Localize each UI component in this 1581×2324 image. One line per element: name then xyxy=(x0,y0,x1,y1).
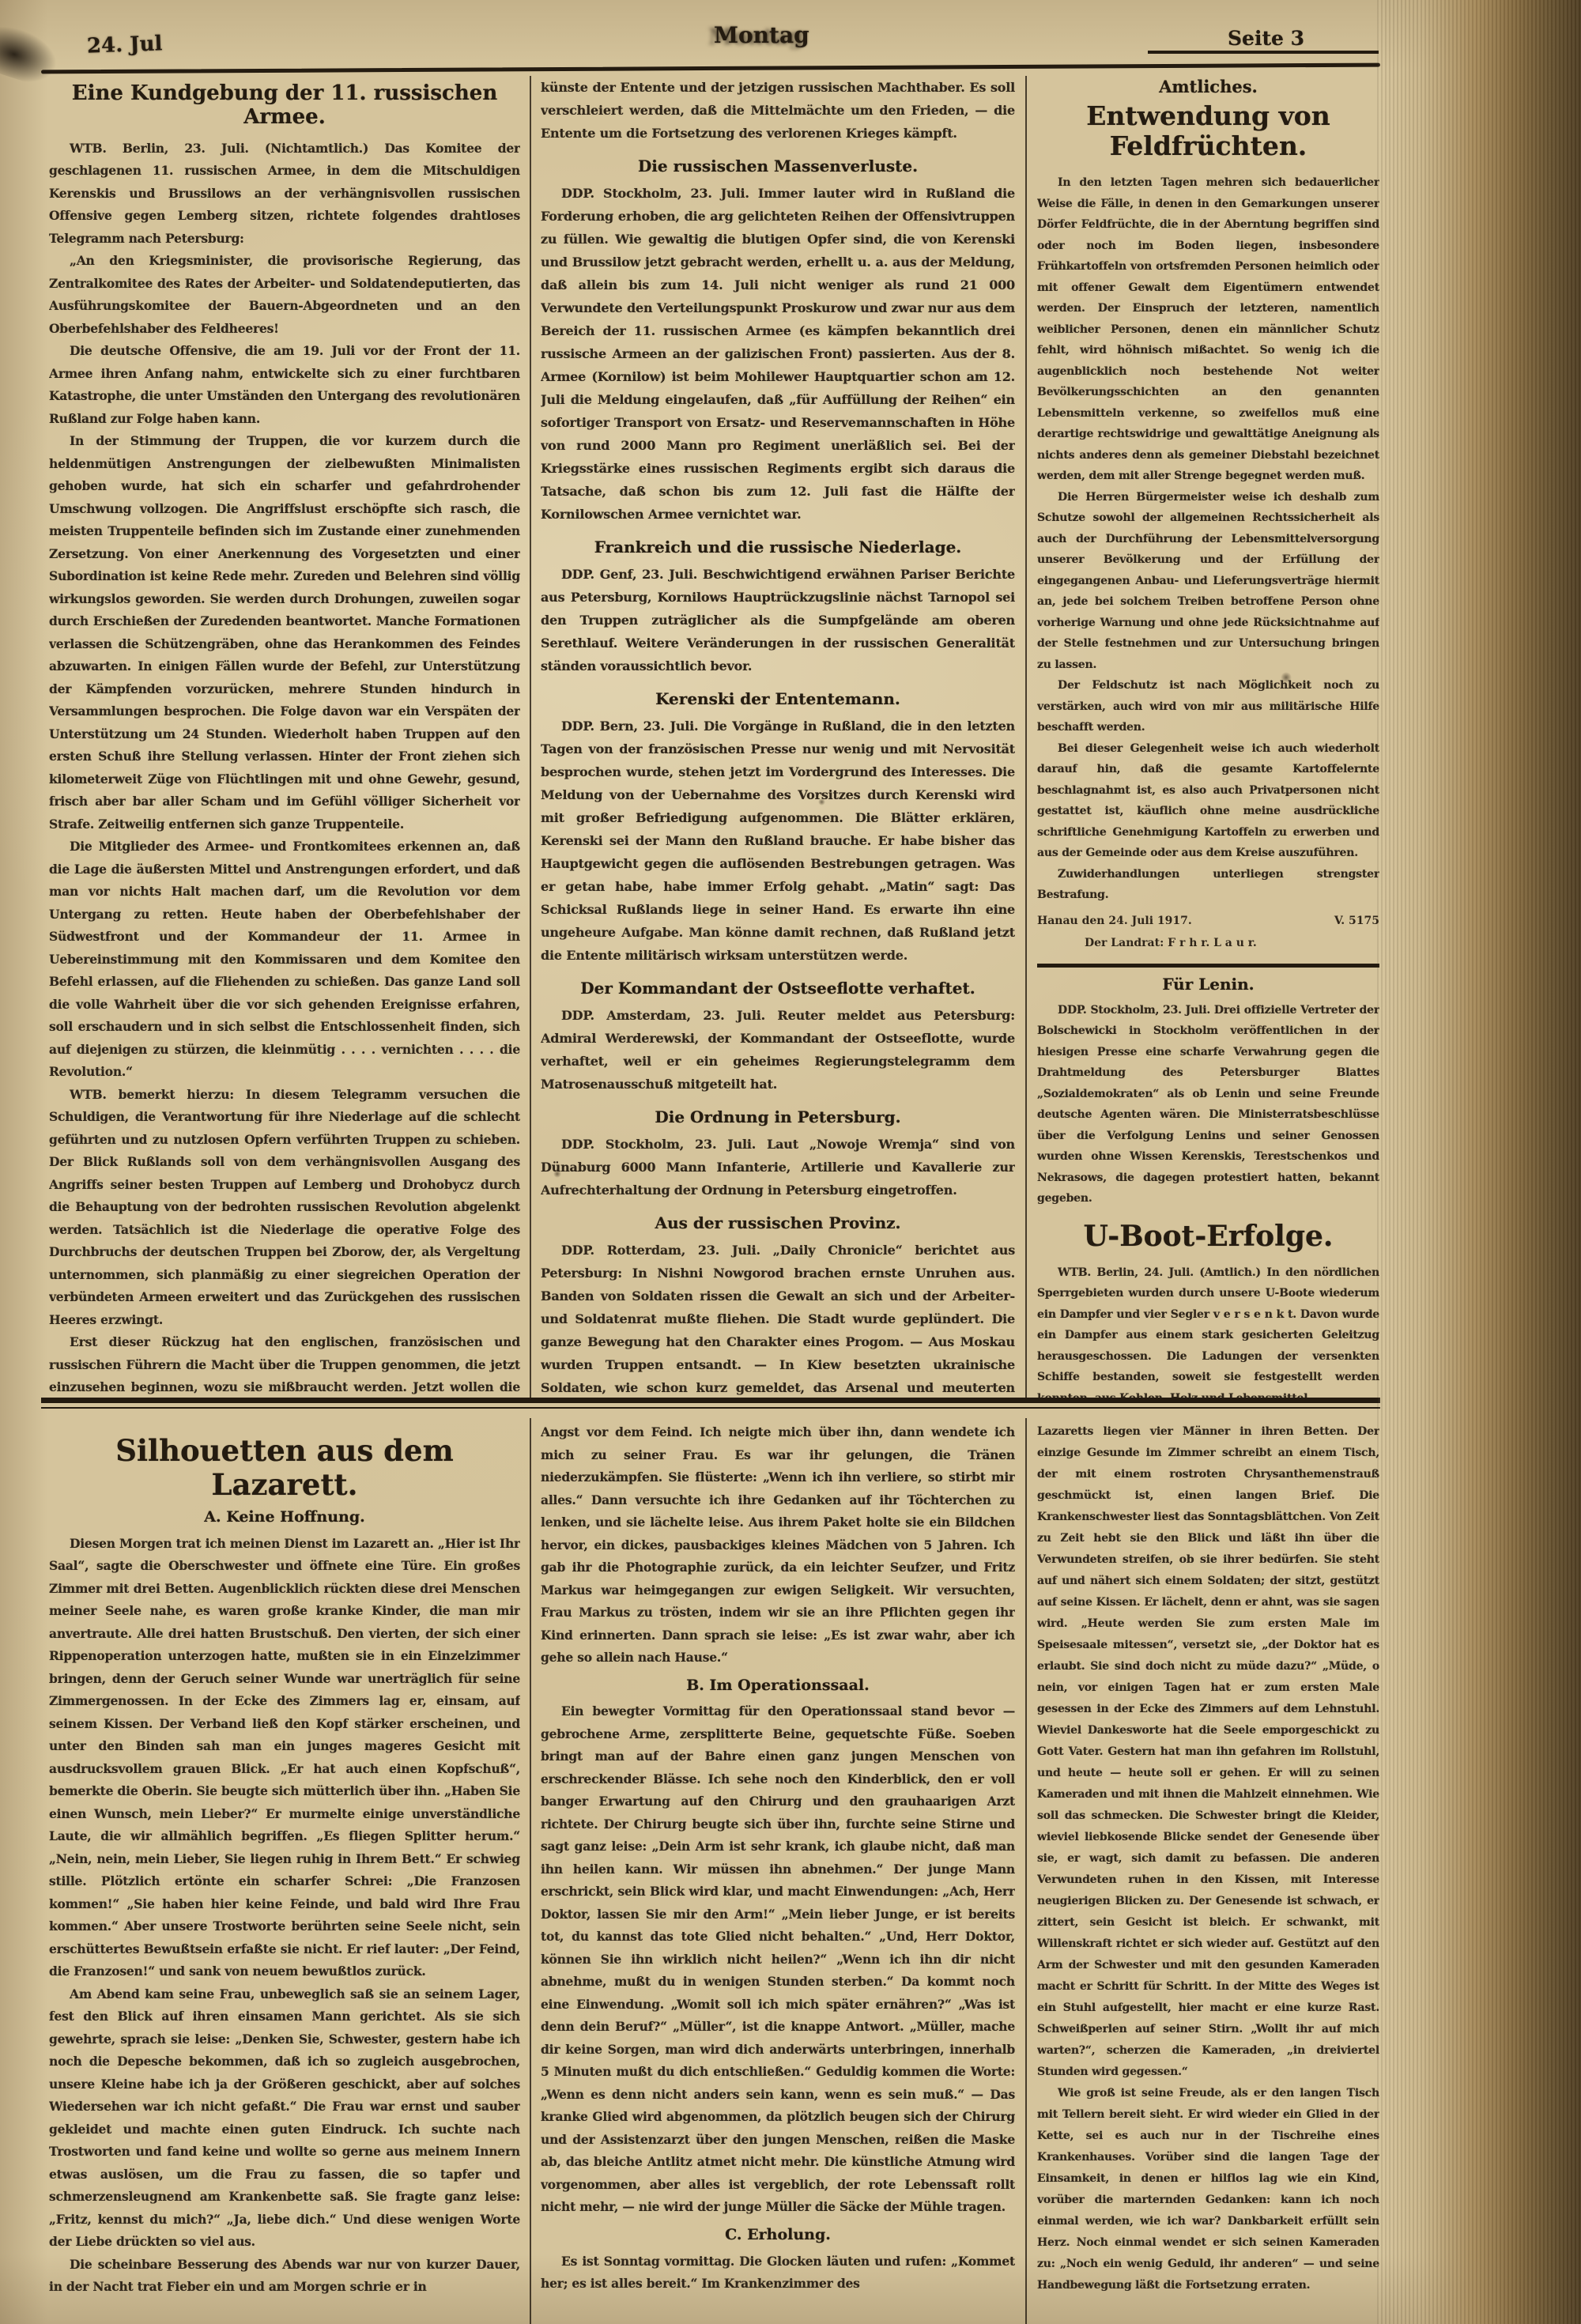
paragraph: Wie groß ist seine Freude, als er den la… xyxy=(1037,2083,1379,2296)
paragraph: DDP. Rotterdam, 23. Juli.„Daily Chronicl… xyxy=(541,1239,1015,1398)
dateline: WTB. Berlin, 23. Juli. xyxy=(70,141,265,156)
paragraph: „An den Kriegsminister, die provisorisch… xyxy=(49,250,520,340)
article-divider-rule xyxy=(1037,964,1379,968)
paragraph: In den letzten Tagen mehren sich bedauer… xyxy=(1037,172,1379,487)
column-right: Amtliches. Entwendung von Feldfrüchten. … xyxy=(1037,76,1379,1398)
feuilleton-column-left: Silhouetten aus dem Lazarett. A. Keine H… xyxy=(49,1423,520,2324)
feuilleton-part-heading: A. Keine Hoffnung. xyxy=(49,1509,520,1526)
signature: Der Landrat: F r h r. L a u r. xyxy=(1037,933,1379,954)
column-middle: künste der Entente und der jetzigen russ… xyxy=(541,76,1015,1398)
column-divider xyxy=(1025,76,1027,1398)
place-date: Hanau den 24. Juli 1917. xyxy=(1037,911,1192,932)
dateline: DDP. Bern, 23. Juli. xyxy=(561,719,704,734)
dateline: DDP. Stockholm, 23. Juli. xyxy=(1058,1004,1214,1017)
column-divider xyxy=(530,76,531,1398)
paragraph: Bei dieser Gelegenheit weise ich auch wi… xyxy=(1037,738,1379,864)
paragraph: Erst dieser Rückzug hat den englischen, … xyxy=(49,1331,520,1398)
column-left: Eine Kundgebung der 11. russischen Armee… xyxy=(49,79,520,1398)
paragraph-continuation: Angst vor dem Feind. Ich neigte mich übe… xyxy=(541,1421,1015,1669)
signature-row: Hanau den 24. Juli 1917. V. 5175 xyxy=(1037,911,1379,932)
feuilleton-part-heading: C. Erholung. xyxy=(541,2227,1015,2244)
page-number: Seite 3 xyxy=(1228,27,1304,50)
paragraph: Die scheinbare Besserung des Abends war … xyxy=(49,2254,520,2299)
article-headline: Kerenski der Ententemann. xyxy=(541,690,1015,708)
paragraph: DDP. Genf, 23. Juli.Beschwichtigend erwä… xyxy=(541,563,1015,677)
section-divider-rule xyxy=(41,1398,1380,1409)
edition-date: 24. Jul xyxy=(87,32,163,58)
paragraph: Diesen Morgen trat ich meinen Dienst im … xyxy=(49,1533,520,1983)
paragraph: In der Stimmung der Truppen, die vor kur… xyxy=(49,430,520,836)
dateline: DDP. Genf, 23. Juli. xyxy=(561,567,703,582)
feuilleton-part-heading: B. Im Operationssaal. xyxy=(541,1677,1015,1695)
paragraph: Es ist Sonntag vormittag. Die Glocken lä… xyxy=(541,2250,1015,2296)
reference-number: V. 5175 xyxy=(1334,911,1379,932)
paragraph: Der Feldschutz ist nach Möglichkeit noch… xyxy=(1037,675,1379,738)
feuilleton-column-right: Lazaretts liegen vier Männer in ihren Be… xyxy=(1037,1421,1379,2324)
weekday-label: Montag xyxy=(714,22,809,48)
paragraph: DDP. Stockholm, 23. Juli.Drei offizielle… xyxy=(1037,1000,1379,1209)
paragraph: DDP. Amsterdam, 23. Juli.Reuter meldet a… xyxy=(541,1004,1015,1096)
header-rule xyxy=(41,63,1380,74)
dateline: WTB. Berlin, 24. Juli. xyxy=(1058,1266,1199,1279)
paragraph: Die deutsche Offensive, die am 19. Juli … xyxy=(49,340,520,430)
article-headline: Entwendung von Feldfrüchten. xyxy=(1037,101,1379,161)
paragraph-continuation: Lazaretts liegen vier Männer in ihren Be… xyxy=(1037,1421,1379,2083)
article-headline: Eine Kundgebung der 11. russischen Armee… xyxy=(49,82,520,130)
paragraph: DDP. Bern, 23. Juli.Die Vorgänge in Rußl… xyxy=(541,715,1015,967)
dateline: WTB. xyxy=(70,1087,119,1102)
article-headline: Die russischen Massenverluste. xyxy=(541,157,1015,175)
paragraph: Zuwiderhandlungen unterliegen strengster… xyxy=(1037,864,1379,906)
paragraph: WTB. Berlin, 23. Juli.(Nichtamtlich.) Da… xyxy=(49,138,520,251)
column-divider xyxy=(1025,1418,1027,2324)
article-headline: Frankreich und die russische Niederlage. xyxy=(541,538,1015,556)
article-headline: Aus der russischen Provinz. xyxy=(541,1214,1015,1232)
section-label: Amtliches. xyxy=(1037,77,1379,96)
column-divider xyxy=(530,1418,531,2324)
dateline: DDP. Stockholm, 23. Juli. xyxy=(561,186,758,201)
paragraph: Die Herren Bürgermeister weise ich desha… xyxy=(1037,487,1379,676)
book-page-edge xyxy=(1377,0,1581,2324)
dateline: DDP. Stockholm, 23. Juli. xyxy=(561,1137,767,1152)
paragraph-continuation: künste der Entente und der jetzigen russ… xyxy=(541,76,1015,145)
newspaper-page: { "page_header": { "date_label": "24. Ju… xyxy=(0,0,1581,2324)
paragraph: WTB.bemerkt hierzu: In diesem Telegramm … xyxy=(49,1084,520,1332)
feuilleton-column-middle: Angst vor dem Feind. Ich neigte mich übe… xyxy=(541,1421,1015,2324)
paragraph: DDP. Stockholm, 23. Juli.Immer lauter wi… xyxy=(541,182,1015,526)
article-headline: U-Boot-Erfolge. xyxy=(1037,1220,1379,1253)
dateline: DDP. Amsterdam, 23. Juli. xyxy=(561,1008,778,1023)
paragraph: WTB. Berlin, 24. Juli.(Amtlich.) In den … xyxy=(1037,1262,1379,1398)
article-headline: Für Lenin. xyxy=(1037,975,1379,994)
feuilleton-headline: Silhouetten aus dem Lazarett. xyxy=(49,1434,520,1501)
article-headline: Der Kommandant der Ostseeflotte verhafte… xyxy=(541,979,1015,998)
dateline: DDP. Rotterdam, 23. Juli. xyxy=(561,1243,773,1258)
article-headline: Die Ordnung in Petersburg. xyxy=(541,1108,1015,1126)
paragraph: Ein bewegter Vormittag für den Operation… xyxy=(541,1700,1015,2219)
page-number-underline xyxy=(1148,51,1379,54)
paragraph: DDP. Stockholm, 23. Juli.Laut „Nowoje Wr… xyxy=(541,1133,1015,1202)
paragraph: Am Abend kam seine Frau, unbeweglich saß… xyxy=(49,1983,520,2254)
paragraph: Die Mitglieder des Armee- und Frontkomit… xyxy=(49,836,520,1084)
